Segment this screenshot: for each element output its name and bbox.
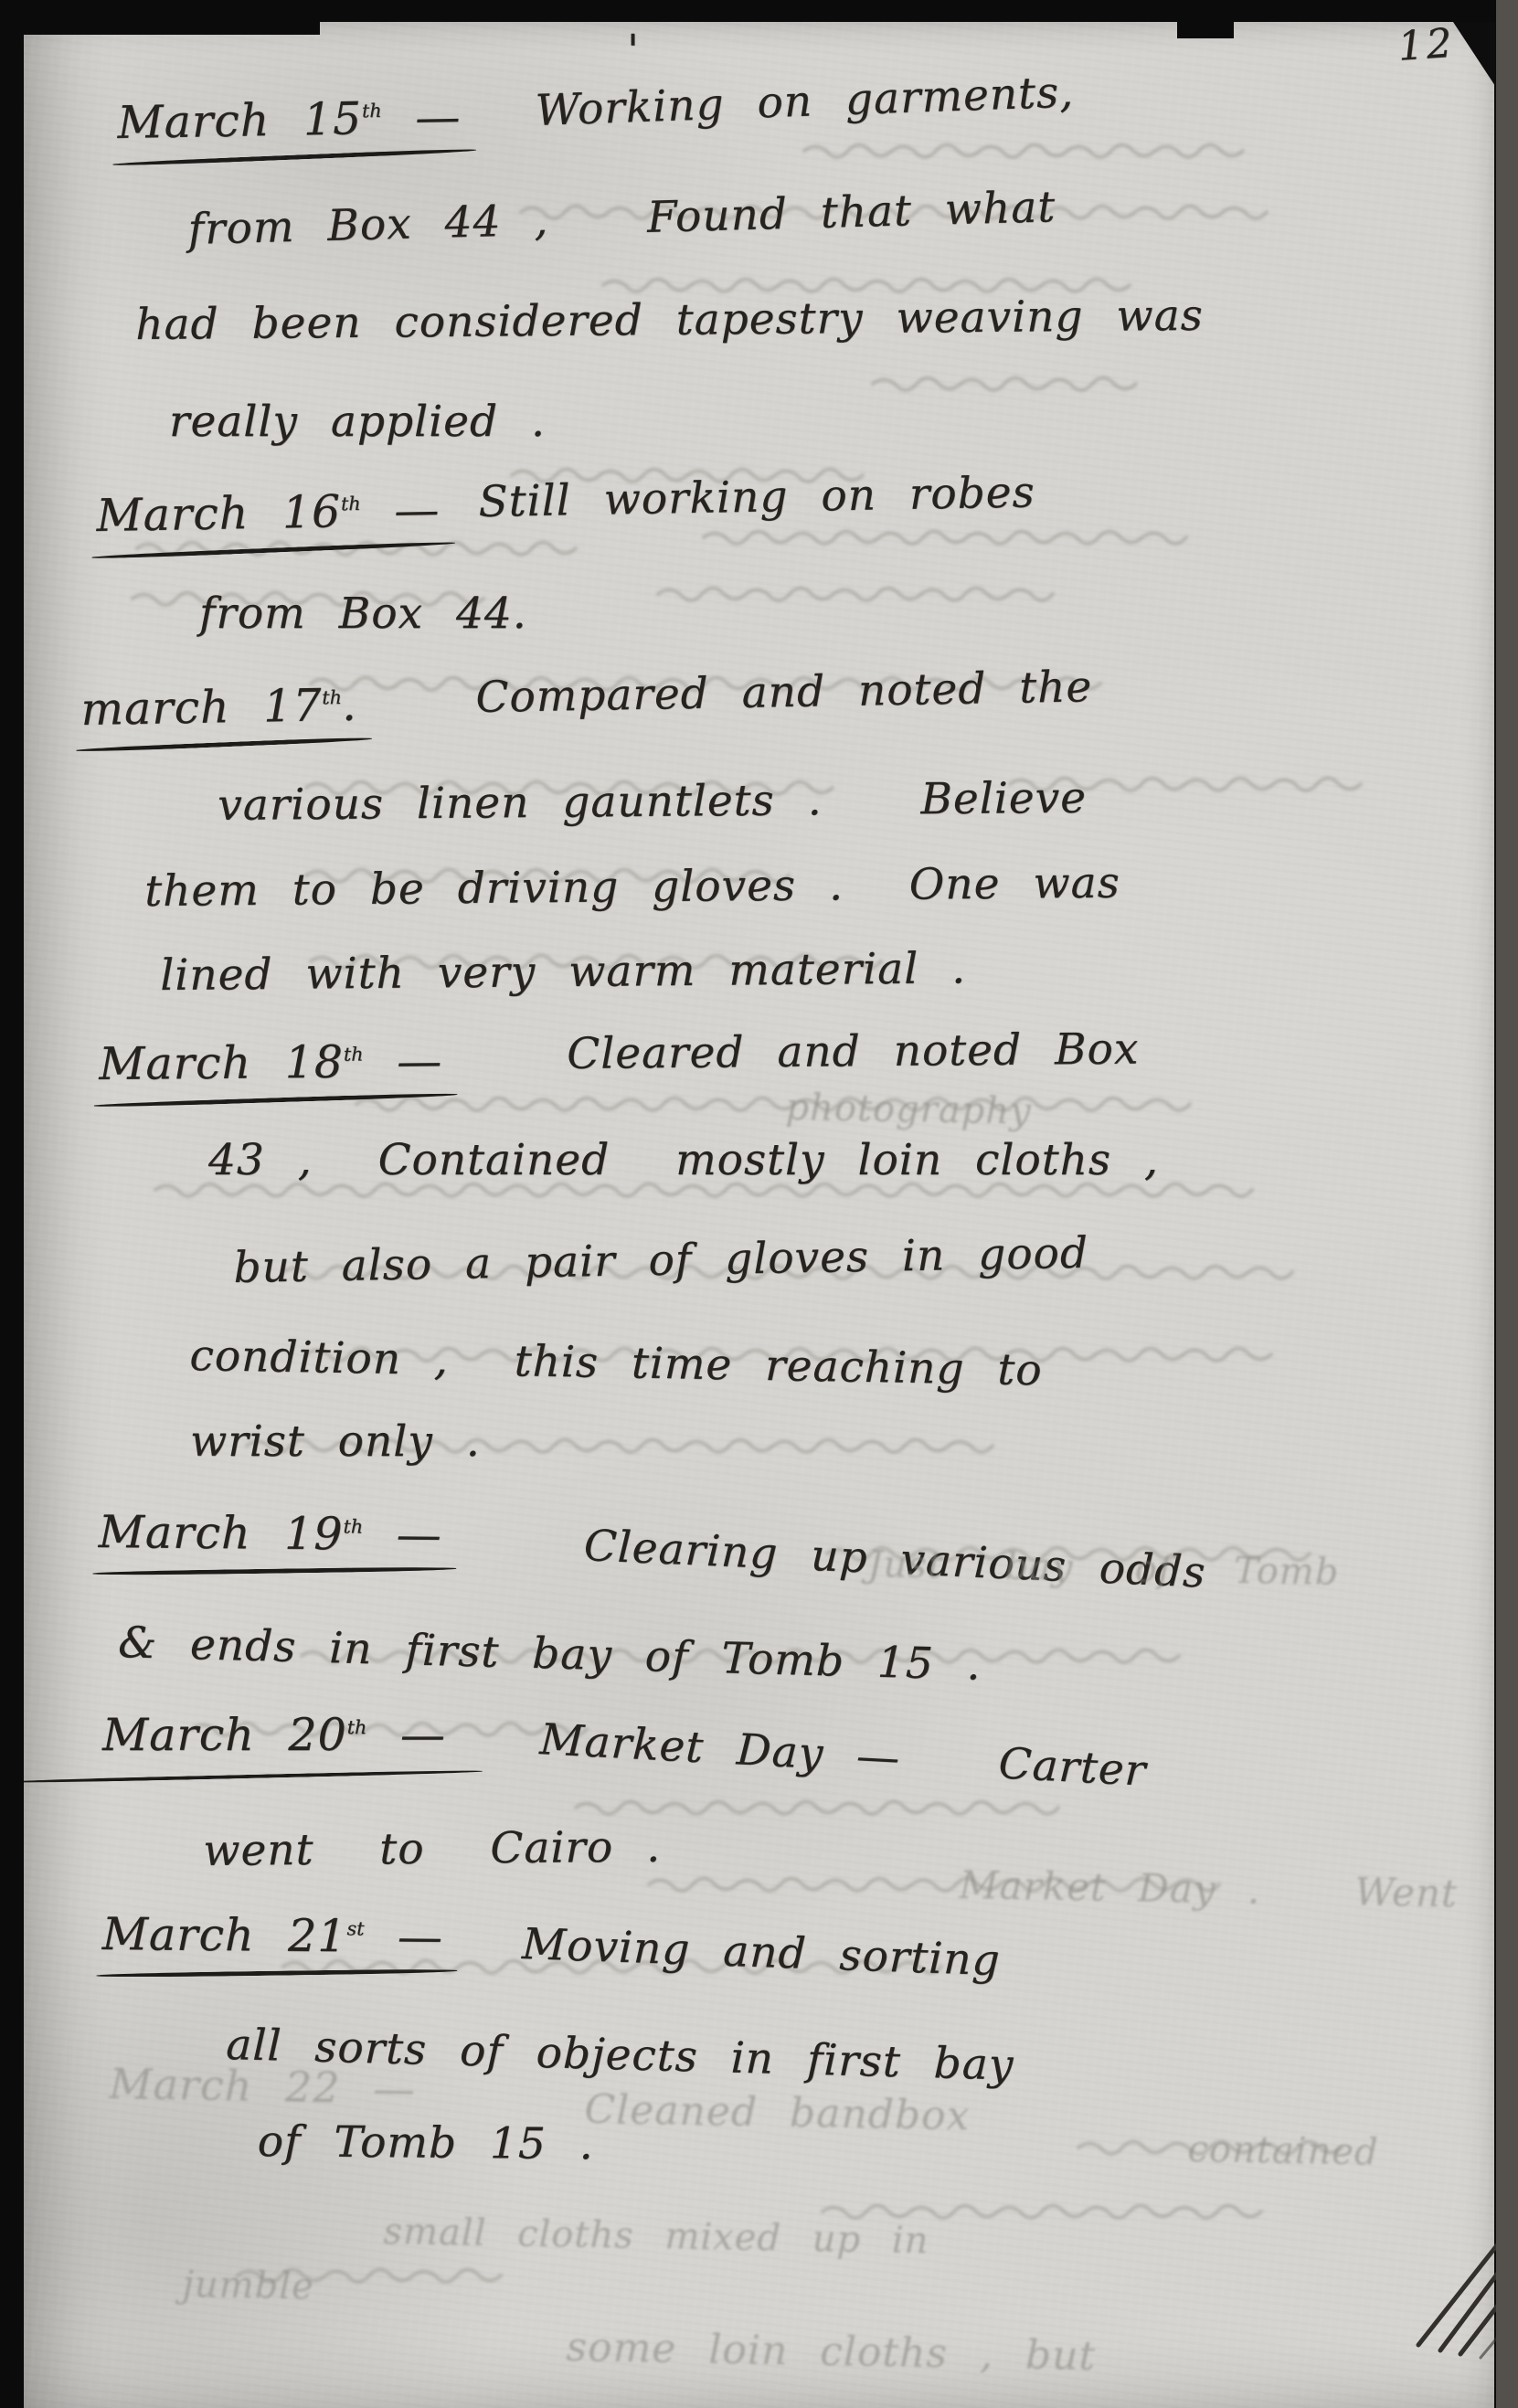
bleedthrough-text: March 22 — — [109, 2061, 417, 2112]
entry-date: March 15th — — [117, 92, 462, 147]
bleedthrough-text: jumble — [182, 2265, 314, 2307]
entry-date: March 21st — — [102, 1910, 444, 1962]
scan-edge-right — [1496, 0, 1518, 2408]
bleedthrough-text: small cloths mixed up in — [383, 2212, 929, 2261]
bleedthrough-text: Cleaned bandbox — [584, 2088, 971, 2139]
diary-line: from Box 44. — [199, 590, 527, 638]
diary-line: had been considered tapestry weaving was — [135, 292, 1204, 349]
entry-date: March 16th — — [96, 485, 441, 540]
scan-edge-left — [0, 0, 24, 2408]
handwriting-layer: 12 March 15th —Working on garments,from … — [0, 0, 1518, 2408]
bleedthrough-text: some loin cloths , but — [566, 2326, 1096, 2380]
scanned-diary-page: 12 March 15th —Working on garments,from … — [0, 0, 1518, 2408]
diary-line: them to be driving gloves . One was — [144, 860, 1120, 916]
diary-line: really applied . — [169, 398, 546, 446]
diary-line: 43 , Contained mostly loin cloths , — [208, 1137, 1159, 1184]
diary-line: various linen gauntlets . Believe — [218, 775, 1087, 830]
diary-line: Compared and noted the — [475, 663, 1093, 721]
page-number: 12 — [1396, 22, 1456, 70]
entry-date: March 18th — — [99, 1037, 442, 1089]
scan-edge-notch — [1177, 0, 1234, 38]
diary-line: from Box 44 , Found that what — [187, 184, 1056, 254]
diary-line: went to Cairo . — [203, 1824, 661, 1875]
entry-date: March 20th — — [102, 1711, 446, 1760]
bleedthrough-text: contained — [1187, 2129, 1379, 2173]
diary-line: but also a pair of gloves in good — [233, 1230, 1088, 1292]
diary-line: condition , this time reaching to — [189, 1332, 1043, 1395]
entry-date: march 17th. — [80, 681, 357, 735]
diary-line: Working on garments, — [535, 69, 1075, 134]
diary-line: Market Day — Carter — [538, 1716, 1147, 1795]
diary-line: wrist only . — [190, 1418, 481, 1466]
diary-line: Moving and sorting — [521, 1921, 1001, 1985]
bleedthrough-text: photography — [785, 1087, 1032, 1132]
diary-line: Cleared and noted Box — [567, 1026, 1140, 1078]
scan-edge-top-left — [0, 0, 320, 35]
bleedthrough-text: Just bay of Tomb — [867, 1544, 1340, 1593]
diary-line: lined with very warm material . — [160, 945, 966, 999]
diary-line: of Tomb 15 . — [258, 2118, 594, 2169]
diary-line: Still working on robes — [478, 469, 1035, 525]
ink-speck: ' — [627, 27, 640, 75]
bleedthrough-text: Market Day . Went — [959, 1864, 1458, 1915]
diary-line: & ends in first bay of Tomb 15 . — [118, 1619, 982, 1689]
entry-date: March 19th — — [99, 1508, 442, 1560]
